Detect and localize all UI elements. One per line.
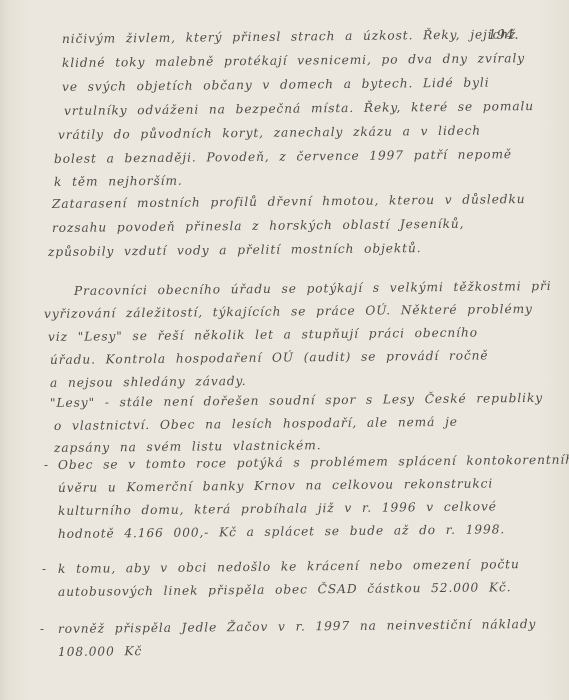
text-line: k těm nejhorším. xyxy=(54,174,183,189)
text-line: úřadu. Kontrola hospodaření OÚ (audit) s… xyxy=(50,348,489,367)
text-line: kulturního domu, která probíhala již v r… xyxy=(58,499,497,518)
text-line: a nejsou shledány závady. xyxy=(50,374,247,390)
text-line: 108.000 Kč xyxy=(58,644,142,659)
text-line: úvěru u Komerční banky Krnov na celkovou… xyxy=(58,476,493,495)
text-line: o vlastnictví. Obec na lesích hospodaří,… xyxy=(54,415,458,433)
text-line: k tomu, aby v obci nedošlo ke krácení ne… xyxy=(58,557,520,576)
text-line: vyřizování záležitostí, týkajících se pr… xyxy=(44,302,533,321)
text-line: Zatarasení mostních profilů dřevní hmoto… xyxy=(52,192,526,211)
text-line: zapsány na svém listu vlastnickém. xyxy=(54,438,322,455)
text-line: vrtulníky odváženi na bezpečná místa. Ře… xyxy=(64,99,534,118)
text-line: "Lesy" - stále není dořešen soudní spor … xyxy=(50,391,543,410)
chronicle-page: 194. ničivým živlem, který přinesl strac… xyxy=(0,0,569,700)
bullet-dash: - xyxy=(40,622,44,636)
text-line: klidné toky malebně protékají vesnicemi,… xyxy=(62,51,525,70)
text-line: viz "Lesy" se řeší několik let a stupňuj… xyxy=(48,325,478,344)
bullet-dash: - xyxy=(42,562,46,576)
text-line: ničivým živlem, který přinesl strach a ú… xyxy=(62,27,516,46)
text-line: rovněž přispěla Jedle Žačov v r. 1997 na… xyxy=(58,617,536,636)
text-line: autobusových linek přispěla obec ČSAD čá… xyxy=(58,580,512,599)
text-line: ve svých objetích občany v domech a byte… xyxy=(62,76,490,94)
text-line: způsobily vzdutí vody a přelití mostních… xyxy=(48,241,422,259)
bullet-dash: - xyxy=(44,458,48,472)
text-line: hodnotě 4.166 000,- Kč a splácet se bude… xyxy=(58,522,505,541)
text-line: bolest a beznaději. Povodeň, z července … xyxy=(54,147,512,166)
text-line: rozsahu povodeň přinesla z horských obla… xyxy=(52,217,465,235)
text-line: Pracovníci obecního úřadu se potýkají s … xyxy=(74,279,552,298)
text-line: vrátily do původních koryt, zanechaly zk… xyxy=(58,124,481,142)
text-line: Obec se v tomto roce potýká s problémem … xyxy=(58,453,569,472)
